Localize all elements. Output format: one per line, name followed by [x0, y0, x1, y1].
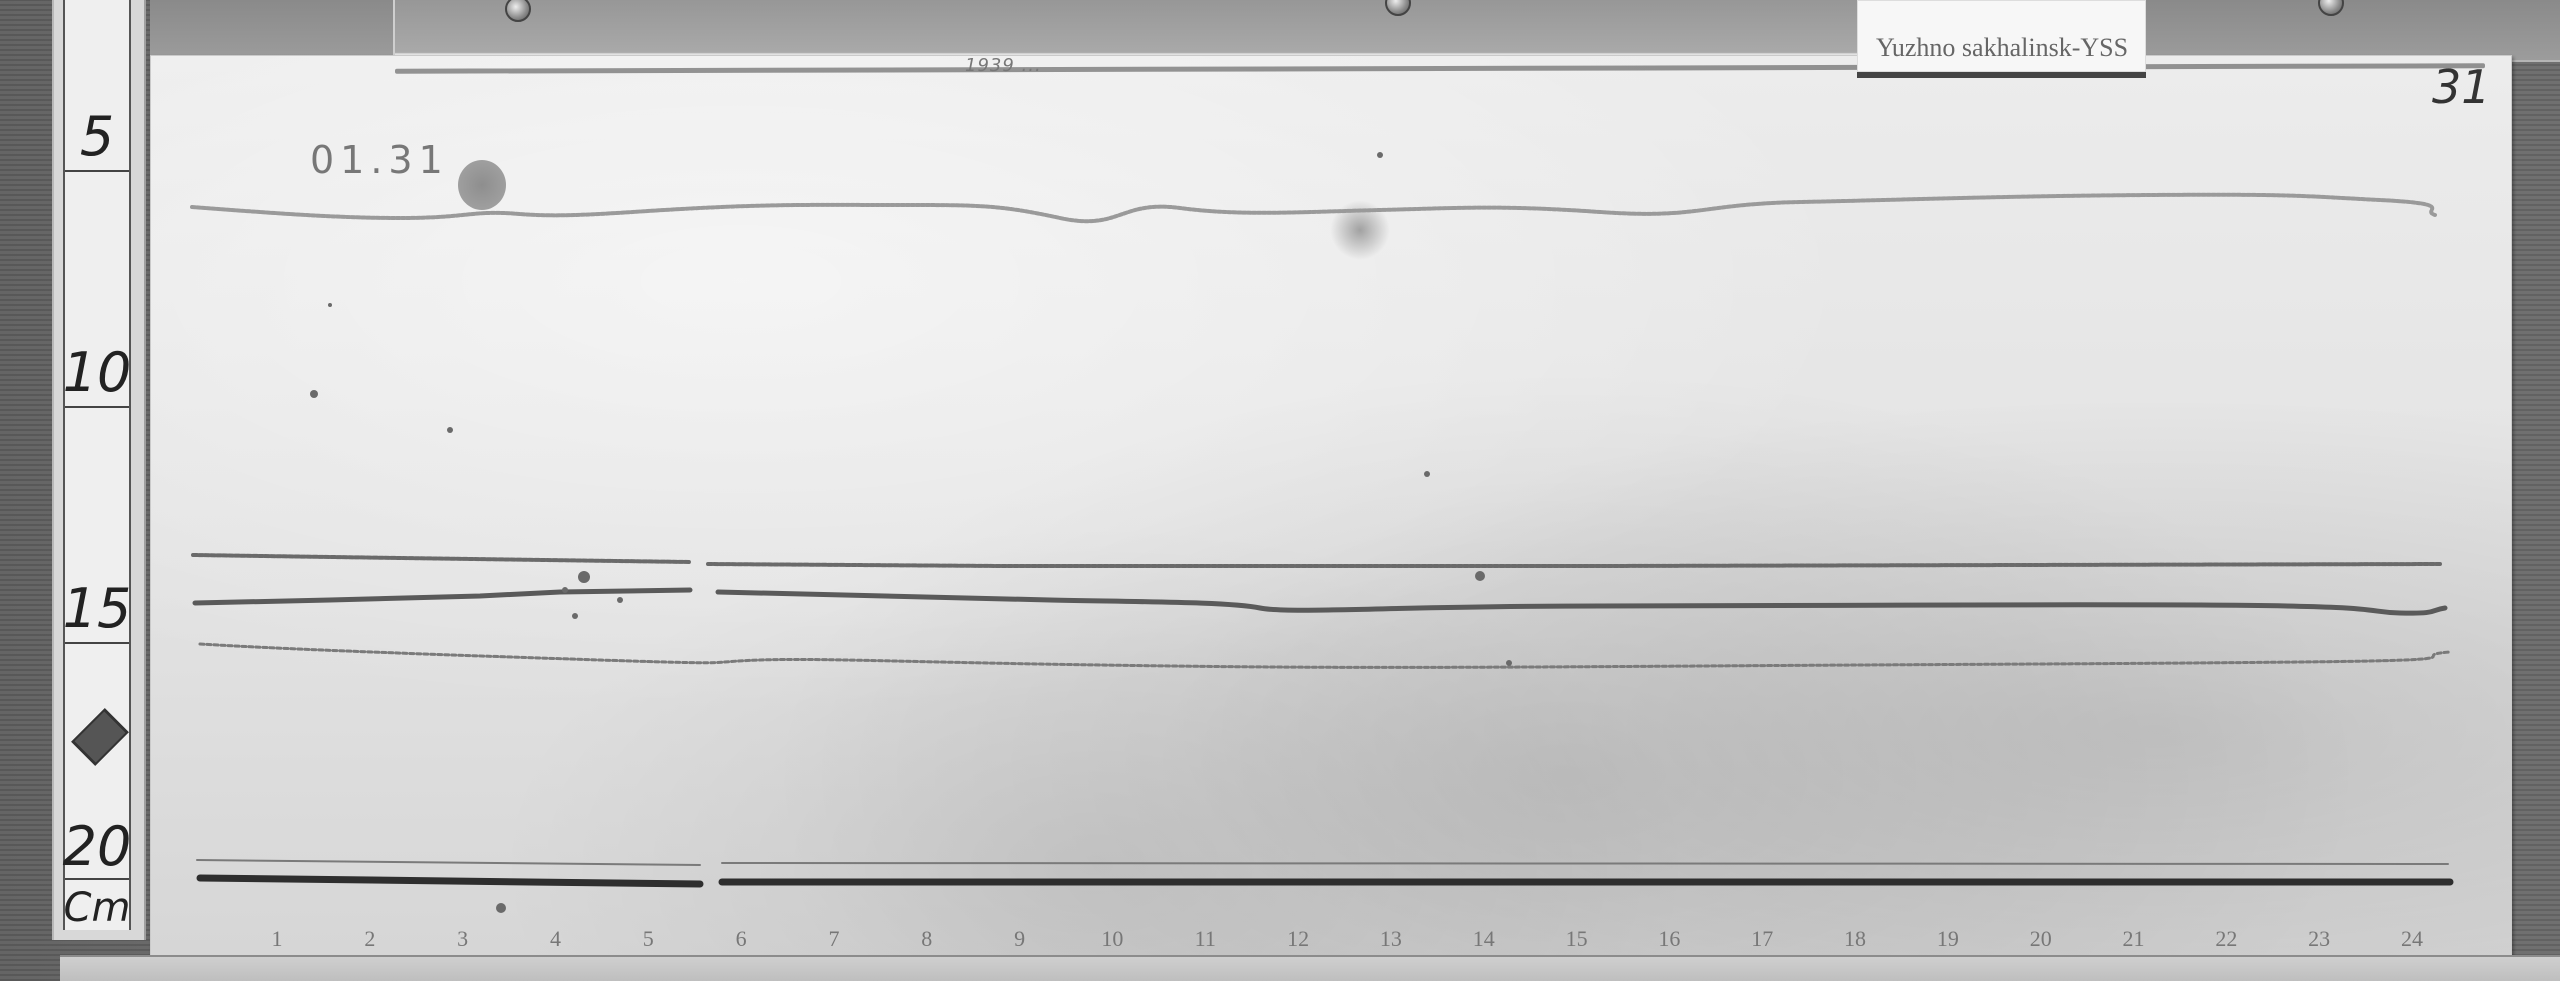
time-scale-label: 8	[921, 926, 932, 952]
time-scale-label: 11	[1195, 926, 1216, 952]
time-scale-label: 20	[2030, 926, 2052, 952]
time-scale-label: 17	[1751, 926, 1773, 952]
time-scale-label: 21	[2123, 926, 2145, 952]
trace-upper-left	[193, 555, 690, 562]
time-scale-label: 15	[1566, 926, 1588, 952]
seismogram-traces	[0, 0, 2560, 981]
trace-lower	[200, 644, 2450, 667]
ink-specks	[310, 152, 1512, 913]
time-scale-label: 4	[550, 926, 561, 952]
trace-middle-right	[718, 592, 2445, 613]
bottom-mount-plate	[60, 955, 2560, 981]
time-scale-label: 16	[1658, 926, 1680, 952]
time-scale-label: 14	[1473, 926, 1495, 952]
time-scale-label: 10	[1101, 926, 1123, 952]
time-scale-label: 23	[2308, 926, 2330, 952]
time-scale-label: 6	[736, 926, 747, 952]
time-scale-label: 19	[1937, 926, 1959, 952]
time-scale-label: 2	[364, 926, 375, 952]
trace-upper-right	[708, 564, 2440, 566]
time-scale-label: 24	[2401, 926, 2423, 952]
time-scale-label: 13	[1380, 926, 1402, 952]
time-scale-label: 3	[457, 926, 468, 952]
time-scale-label: 22	[2215, 926, 2237, 952]
time-scale-label: 7	[828, 926, 839, 952]
trace-bottom-thin	[197, 860, 2448, 865]
time-scale-label: 18	[1844, 926, 1866, 952]
time-scale-label: 5	[643, 926, 654, 952]
time-scale-label: 9	[1014, 926, 1025, 952]
time-scale-label: 12	[1287, 926, 1309, 952]
trace-top	[192, 195, 2435, 221]
time-scale-label: 1	[272, 926, 283, 952]
trace-bottom-thick	[200, 878, 2450, 884]
trace-middle-left	[195, 590, 690, 603]
